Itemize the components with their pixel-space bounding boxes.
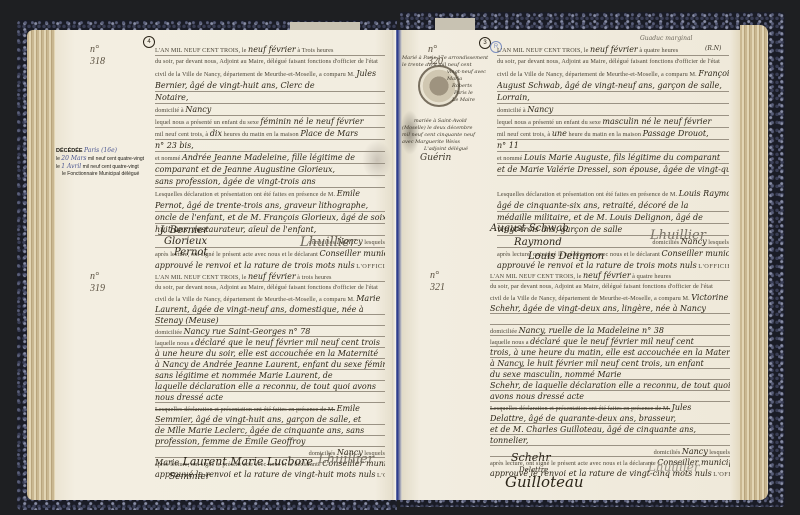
entry-line: laquelle déclaration elle a reconnu, de …	[155, 381, 385, 392]
signature: Glorieux	[160, 236, 208, 247]
entry-line: civil de la Ville de Nancy, département …	[497, 68, 729, 80]
signatures-318: J. Bernier Glorieux Pernot	[160, 225, 208, 258]
entry-line: de Mlle Marie Leclerc, âgée de cinquante…	[155, 425, 385, 436]
entry-line: domiciliée Nancy rue Saint-Georges n° 78	[155, 326, 385, 337]
entry-line: domiciliée Nancy, ruelle de la Madeleine…	[490, 325, 730, 336]
signature: J. Bernier	[160, 225, 208, 236]
entry-line: sans profession, âgée de vingt-trois ans	[155, 176, 385, 188]
entry-line: Notaire,	[155, 92, 385, 104]
entry-line: Lorrain,	[497, 92, 729, 104]
entry-line: lequel nous a présenté un enfant du sexe…	[155, 116, 385, 128]
entry-line: mil neuf cent trois, à dix heures du mat…	[155, 128, 385, 140]
entry-line: du soir, par devant nous, Adjoint au Mai…	[155, 282, 385, 293]
officer-label: L'OFFICIER DE L'ÉTAT CIVIL,	[698, 263, 729, 270]
signature: Guilloteau	[505, 476, 584, 488]
entry-line	[490, 314, 730, 325]
birth-entry-321: L'AN MIL NEUF CENT TROIS, le neuf févrie…	[490, 270, 730, 479]
entry-line: Schehr, de laquelle déclaration elle a r…	[490, 380, 730, 391]
entry-line: avons nous dressé acte	[490, 391, 730, 402]
marginal-annotation: Guaduc marginal	[640, 34, 692, 44]
entry-line: L'AN MIL NEUF CENT TROIS, le neuf févrie…	[155, 44, 385, 56]
entry-line: domicilié à Nancy	[497, 104, 729, 116]
entry-line: civil de la Ville de Nancy, département …	[155, 68, 385, 80]
entry-line: du sexe masculin, nommé Marie	[490, 369, 730, 380]
entry-line: tonnelier,	[490, 435, 730, 446]
signatures-319: Marie Laurent Marie Lucbore Semmier	[155, 455, 313, 484]
entry-line: âgé de cinquante-six ans, retraité, déco…	[497, 200, 729, 212]
signature: Marie	[155, 458, 179, 467]
entry-line: Bernier, âgé de vingt-huit ans, Clerc de	[155, 80, 385, 92]
officer-label: L'OFFICIER DE L'ÉTAT CIVIL,	[356, 263, 385, 270]
entry-line: et de Marie Valérie Dressel, son épouse,…	[497, 164, 729, 176]
entry-line: Semmier, âgé de vingt-huit ans, garçon d…	[155, 414, 385, 425]
entry-line: Lesquelles déclaration et présentation o…	[497, 188, 729, 200]
entry-line: mil neuf cent trois, à une heure du mati…	[497, 128, 729, 140]
officer-signature: Lhuillier	[648, 460, 700, 474]
entry-line: domicilié à Nancy	[155, 104, 385, 116]
entry-line: n° 23 bis,	[155, 140, 385, 152]
entry-line: du soir, par devant nous, Adjoint au Mai…	[490, 281, 730, 292]
signatures-320: August Schwab Raymond Louis Delignon	[490, 222, 604, 264]
signatures-321: Schehr Delattre Guilloteau	[505, 452, 584, 488]
entry-line: Laurent, âgée de vingt-neuf ans, domesti…	[155, 304, 385, 315]
page-edges-right	[740, 25, 768, 500]
entry-line: à une heure du soir, elle est accouchée …	[155, 348, 385, 359]
entry-line: du soir, par devant nous, Adjoint au Mai…	[497, 56, 729, 68]
entry-line: nous dressé acte	[155, 392, 385, 403]
signature: Raymond	[490, 236, 604, 250]
officer-signature: Lhuillier	[318, 452, 374, 467]
entry-line: Schehr, âgée de vingt-deux ans, lingère,…	[490, 303, 730, 314]
entry-line: et nommé Andrée Jeanne Madeleine, fille …	[155, 152, 385, 164]
page-tab	[435, 18, 475, 30]
signature: Louis Delignon	[490, 250, 604, 264]
entry-line: Stenay (Meuse)	[155, 315, 385, 326]
signature: Semmier	[155, 470, 313, 484]
margin-note-marriage: Marié à Paris 17e arrondissement le tren…	[402, 55, 494, 162]
entry-line: lequel nous a présenté un enfant du sexe…	[497, 116, 729, 128]
entry-line: Delattre, âgé de quarante-deux ans, bras…	[490, 413, 730, 424]
margin-note-deceased: DÉCÉDÉE Paris (16e) le 20 Mars mil neuf …	[56, 147, 156, 178]
officer-label: L'OFFICIER DE L'ÉTAT CIVIL,	[713, 471, 730, 478]
entry-line: Pernot, âgé de trente-trois ans, graveur…	[155, 200, 385, 212]
entry-line: L'AN MIL NEUF CENT TROIS, le neuf févrie…	[490, 270, 730, 281]
entry-line: laquelle nous a déclaré que le neuf févr…	[155, 337, 385, 348]
entry-line: n° 11	[497, 140, 729, 152]
officer-signature: Lhuillier	[650, 228, 706, 243]
birth-entry-319: L'AN MIL NEUF CENT TROIS, le neuf févrie…	[155, 271, 385, 480]
entry-line: à Nancy de Andrée Jeanne Laurent, enfant…	[155, 359, 385, 370]
entry-line: L'AN MIL NEUF CENT TROIS, le neuf févrie…	[497, 44, 729, 56]
page-edges-left	[27, 30, 57, 500]
entry-line: civil de la Ville de Nancy, département …	[490, 292, 730, 303]
entry-line: et de M. Charles Guilloteau, âgé de cinq…	[490, 424, 730, 435]
page-number-circle-left: 4	[143, 36, 155, 48]
entry-line: et nommé Louis Marie Auguste, fils légit…	[497, 152, 729, 164]
entry-line: August Schwab, âgé de vingt-neuf ans, ga…	[497, 80, 729, 92]
entry-line: L'AN MIL NEUF CENT TROIS, le neuf févrie…	[155, 271, 385, 282]
entry-line: du soir, par devant nous, Adjoint au Mai…	[155, 56, 385, 68]
entry-line: à Nancy, le huit février mil neuf cent t…	[490, 358, 730, 369]
entry-line: trois, à une heure du matin, elle est ac…	[490, 347, 730, 358]
signature: August Schwab	[490, 222, 604, 236]
entry-line: civil de la Ville de Nancy, département …	[155, 293, 385, 304]
entry-line: comparant et de Jeanne Augustine Glorieu…	[155, 164, 385, 176]
signature: Pernot	[160, 247, 208, 258]
entry-line: oncle de l'enfant, et de M. François Glo…	[155, 212, 385, 224]
entry-line: profession, femme de Émile Geoffroy	[155, 436, 385, 447]
entry-line: Lesquelles déclaration et présentation o…	[155, 188, 385, 200]
signature: Schehr	[505, 452, 584, 464]
officer-label: L'OFFICIER DE L'ÉTAT CIVIL,	[377, 472, 385, 479]
entry-line: laquelle nous a déclaré que le neuf févr…	[490, 336, 730, 347]
book-gutter	[392, 30, 402, 500]
officer-signature: Lhuillier	[300, 235, 356, 250]
entry-line: Lesquelles déclaration et présentation o…	[490, 402, 730, 413]
entry-line: Lesquelles déclaration et présentation o…	[155, 403, 385, 414]
signature: Laurent Marie Lucbore	[183, 455, 313, 468]
entry-line: sans légitime et nommée Marie Laurent, d…	[155, 370, 385, 381]
